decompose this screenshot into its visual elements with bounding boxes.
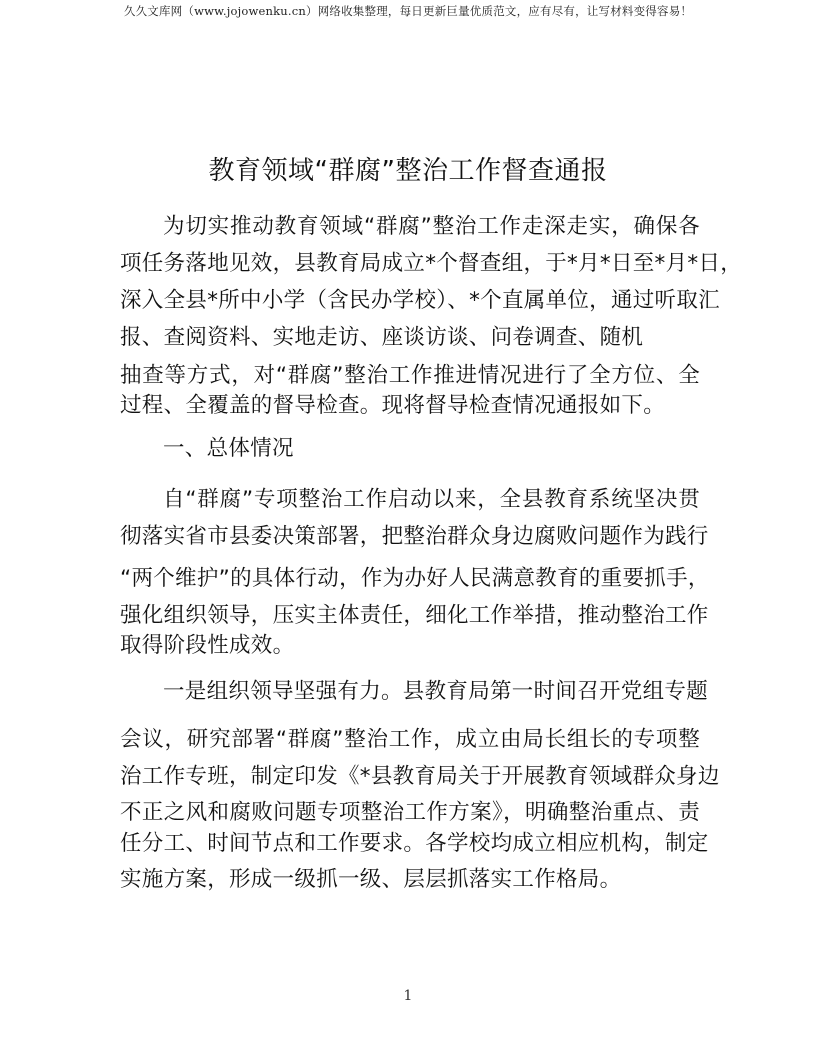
- body-text-line: 彻落实省市县委决策部署，把整治群众身边腐败问题作为践行: [120, 522, 700, 552]
- body-text-line: 一、总体情况: [163, 434, 700, 464]
- body-text-line: 深入全县*所中小学（含民办学校）、*个直属单位，通过听取汇: [120, 286, 700, 316]
- body-text-line: 实施方案，形成一级抓一级、层层抓落实工作格局。: [120, 865, 700, 895]
- body-text-line: 任分工、时间节点和工作要求。各学校均成立相应机构，制定: [120, 829, 700, 859]
- body-text-line: 会议，研究部署“群腐”整治工作，成立由局长组长的专项整: [120, 725, 700, 755]
- body-text-line: “两个维护”的具体行动，作为办好人民满意教育的重要抓手，: [120, 564, 700, 594]
- body-text-line: 报、查阅资料、实地走访、座谈访谈、问卷调查、随机: [120, 323, 700, 353]
- body-text-line: 抽查等方式，对“群腐”整治工作推进情况进行了全方位、全: [120, 361, 700, 391]
- body-text-line: 过程、全覆盖的督导检查。现将督导检查情况通报如下。: [120, 391, 700, 421]
- body-text-line: 强化组织领导，压实主体责任，细化工作举措，推动整治工作: [120, 601, 700, 631]
- page-number: 1: [0, 988, 816, 1004]
- body-text-line: 为切实推动教育领域“群腐”整治工作走深走实，确保各: [163, 212, 700, 242]
- body-text-line: 取得阶段性成效。: [120, 631, 700, 661]
- document-title: 教育领域“群腐”整治工作督查通报: [0, 150, 816, 187]
- body-text-line: 不正之风和腐败问题专项整治工作方案》，明确整治重点、责: [120, 798, 700, 828]
- body-text-line: 治工作专班，制定印发《*县教育局关于开展教育领域群众身边: [120, 762, 700, 792]
- body-text-line: 项任务落地见效，县教育局成立*个督查组，于*月*日至*月*日，: [120, 249, 700, 279]
- site-banner-header: 久久文库网（www.jojowenku.cn）网络收集整理，每日更新巨量优质范文…: [0, 3, 816, 19]
- body-text-line: 自“群腐”专项整治工作启动以来，全县教育系统坚决贯: [163, 485, 700, 515]
- body-text-line: 一是组织领导坚强有力。县教育局第一时间召开党组专题: [163, 677, 700, 707]
